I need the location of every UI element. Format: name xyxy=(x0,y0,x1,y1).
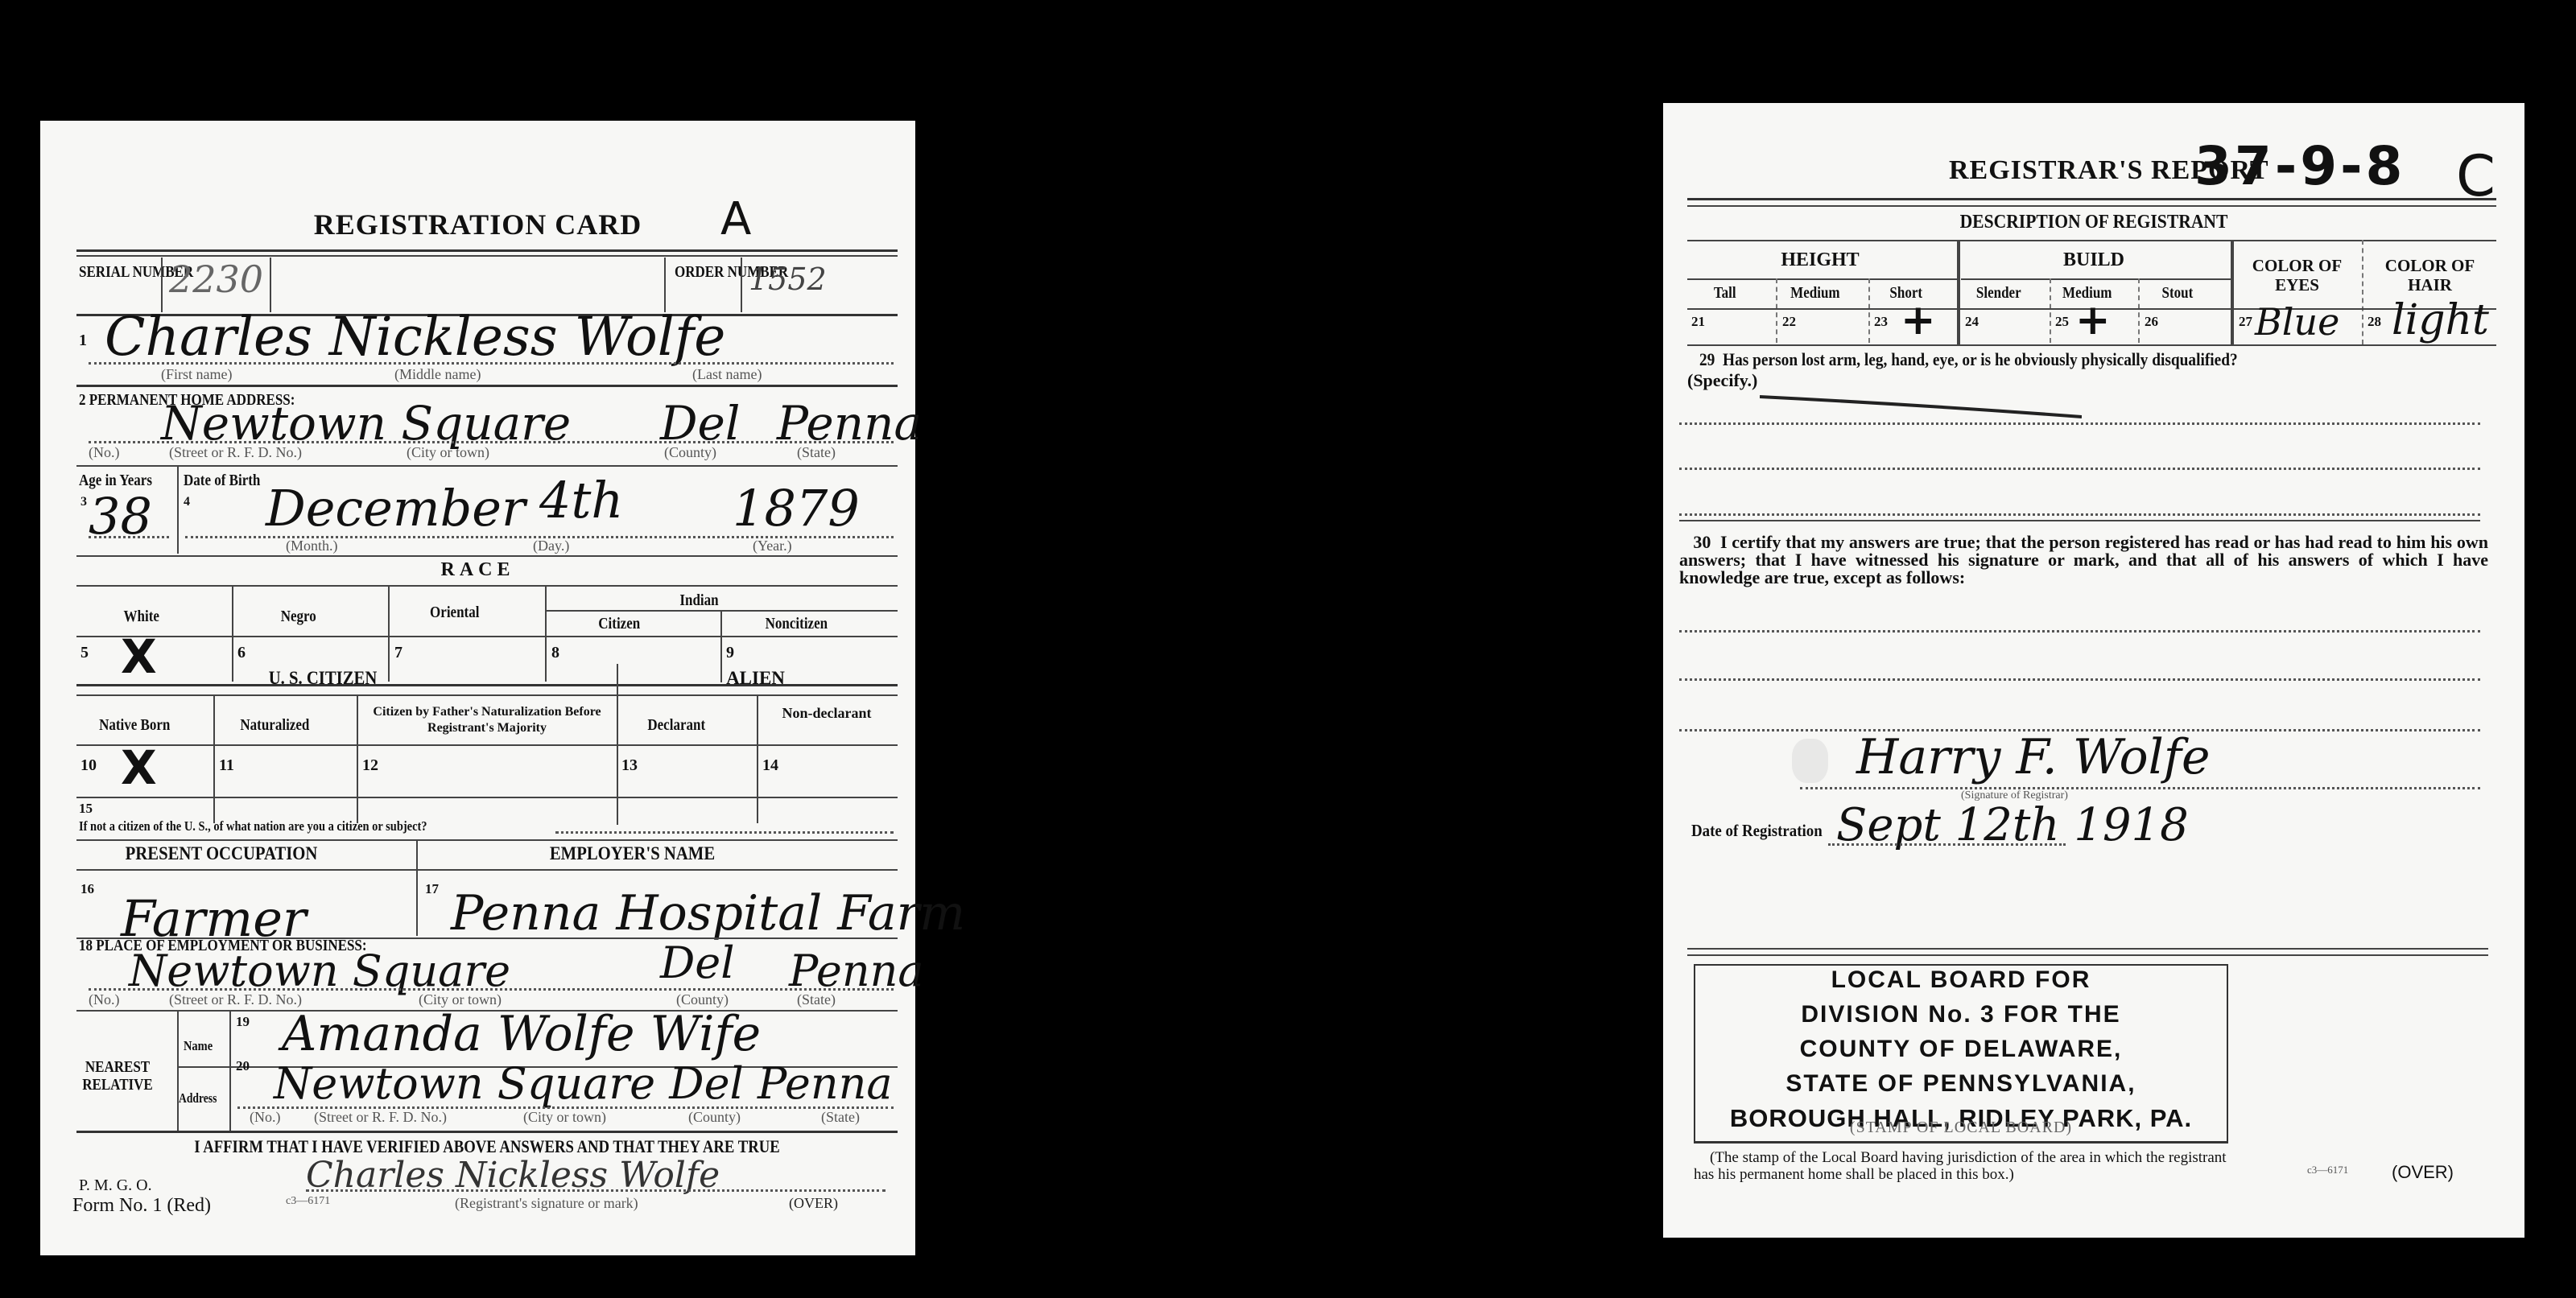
date-of-registration-label: Date of Registration xyxy=(1691,821,1823,841)
build-medium-mark: + xyxy=(2075,296,2111,344)
q30-certification: 30 I certify that my answers are true; t… xyxy=(1679,534,2488,587)
registrant-name: Charles Nickless Wolfe xyxy=(105,306,725,368)
hair-color-value: light xyxy=(2392,296,2489,344)
local-board-stamp-box: LOCAL BOARD FOR DIVISION No. 3 FOR THE C… xyxy=(1694,964,2228,1143)
relative-name-value: Amanda Wolfe Wife xyxy=(282,1006,761,1062)
over-label: (OVER) xyxy=(789,1195,838,1212)
us-citizen-header: U. S. CITIZEN xyxy=(76,668,569,689)
q29-text: 29 Has person lost arm, leg, hand, eye, … xyxy=(1699,349,2238,370)
employer-value: Penna Hospital Farm xyxy=(451,885,965,942)
nearest-relative-label: NEAREST RELATIVE xyxy=(76,1058,159,1094)
dob-day: 4th xyxy=(539,471,623,530)
registrars-report-back: REGISTRAR'S REPORT 37-9-8 C DESCRIPTION … xyxy=(1663,103,2524,1238)
alien-header: ALIEN xyxy=(617,668,894,689)
registration-card-front: REGISTRATION CARD A SERIAL NUMBER 2230 O… xyxy=(40,121,915,1255)
stamp-note: (The stamp of the Local Board having jur… xyxy=(1694,1149,2241,1183)
seal-watermark xyxy=(1792,739,1828,783)
dob-month: December xyxy=(266,479,526,538)
description-header: DESCRIPTION OF REGISTRANT xyxy=(1707,212,2482,233)
q15-label: If not a citizen of the U. S., of what n… xyxy=(79,818,427,834)
form-pmgo: P. M. G. O. xyxy=(79,1176,152,1195)
dob-year: 1879 xyxy=(733,479,860,538)
report-stamp-number: 37-9-8 xyxy=(2194,135,2405,197)
native-born-mark: X xyxy=(121,740,157,795)
registrar-signature: Harry F. Wolfe xyxy=(1856,729,2210,785)
card-title: REGISTRATION CARD xyxy=(40,208,915,241)
order-value: 1552 xyxy=(749,262,827,297)
local-board-stamp: LOCAL BOARD FOR DIVISION No. 3 FOR THE C… xyxy=(1695,962,2227,1135)
employment-county: Del xyxy=(660,937,735,988)
eye-color-value: Blue xyxy=(2255,300,2339,344)
q29-dash-stroke xyxy=(1760,393,2082,425)
over-label-back: (OVER) xyxy=(2392,1162,2454,1183)
card-letter: A xyxy=(720,193,751,245)
relative-address-value: Newtown Square Del Penna xyxy=(274,1058,893,1109)
form-number: Form No. 1 (Red) xyxy=(72,1195,211,1217)
race-header: RACE xyxy=(40,559,915,581)
order-label: ORDER NUMBER xyxy=(675,264,737,280)
serial-label: SERIAL NUMBER xyxy=(79,264,155,280)
height-short-mark: + xyxy=(1901,296,1936,344)
serial-value: 2230 xyxy=(169,258,263,301)
